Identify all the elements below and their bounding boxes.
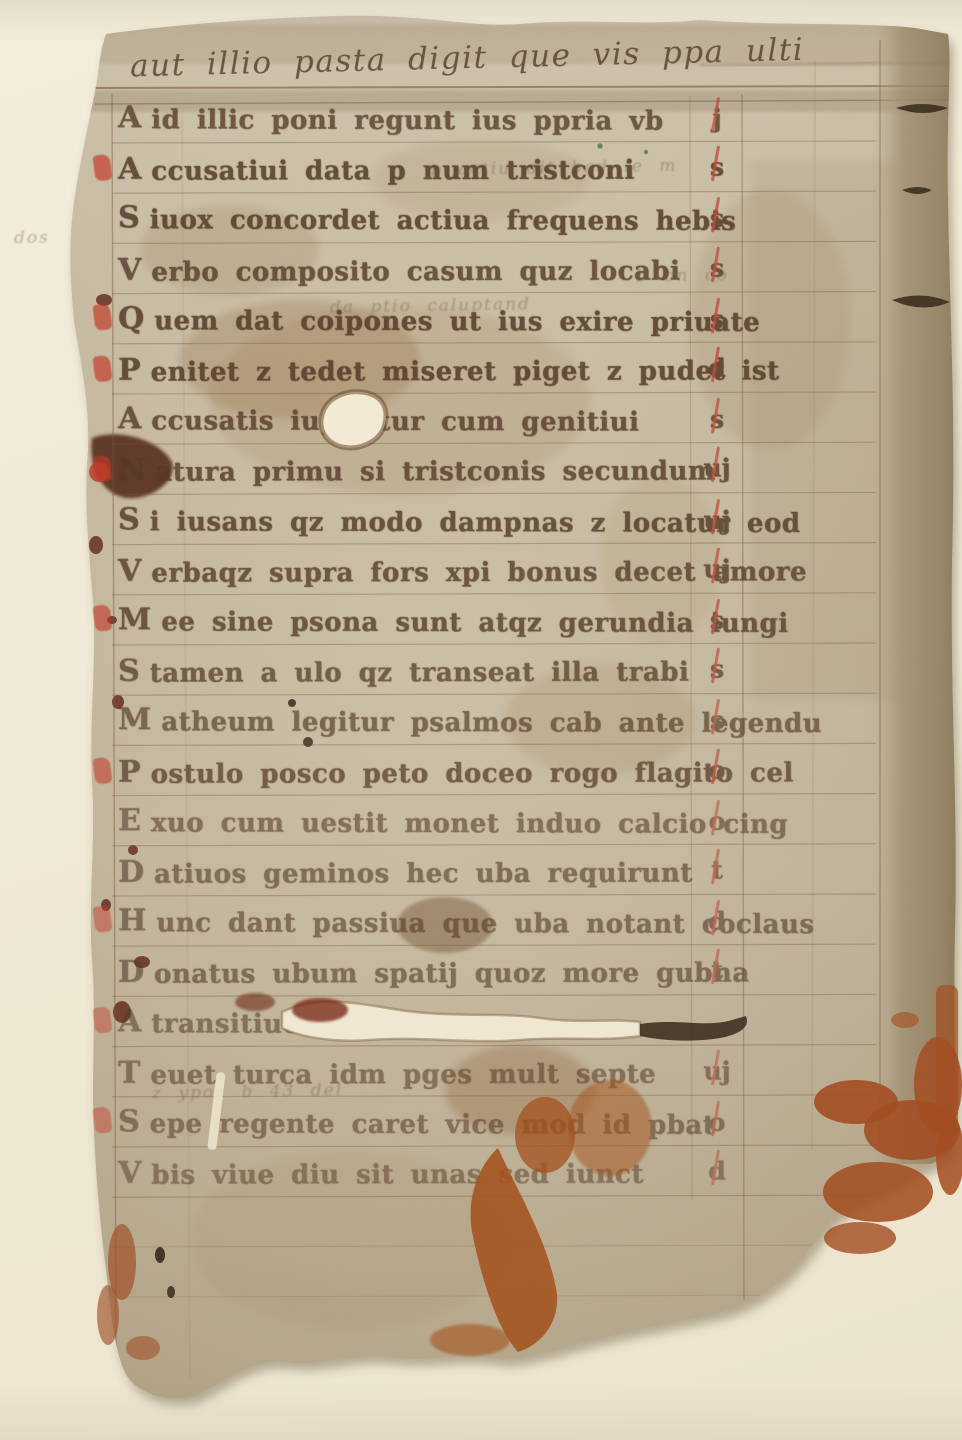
margin-letter: s [700,655,734,684]
margin-letter: uj [700,1056,734,1085]
margin-letter: s [700,405,734,434]
margin-letter: s [700,606,734,635]
verse-text: tamen a ulo qz transeat illa trabi [150,658,690,689]
margin-letter: t [700,956,734,985]
verse-initial: Q [118,301,144,336]
verse-line: Sepe regente caret vice mod id pbat o [118,1105,782,1149]
verse-line: Penitet z tedet miseret piget z pudet is… [118,352,782,395]
margin-letter: o [700,1108,734,1137]
verse-initial: T [118,1055,140,1090]
verse-initial: P [118,754,141,789]
verse-initial: A [118,100,141,135]
verse-text: enitet z tedet miseret piget z pudet ist [151,356,780,387]
verse-initial: D [118,955,144,990]
margin-letter: d [700,1157,734,1186]
margin-letter: s [700,153,734,182]
verse-line: Stamen a ulo qz transeat illa trabi s [118,653,782,696]
verse-line: Vbis viue diu sit unas sed iunct d [118,1155,782,1198]
verse-text: onatus ubum spatij quoz more gubna [154,959,750,990]
verse-initial: E [118,803,141,838]
margin-letter: s [700,304,734,333]
verse-initial: P [118,353,141,388]
verse-line: Hunc dant passiua que uba notant coclaus… [118,904,782,948]
verse-line: Natura primu si tristconis secundum uj [118,453,782,496]
verse-initial: M [118,703,151,738]
verse-line: Verbaqz supra fors xpi bonus decet amore… [118,553,782,596]
faint-gloss: b on co [636,265,729,287]
verse-initial: V [118,252,141,287]
verse-line: Siuox concordet actiua frequens hebis s [118,202,782,246]
margin-letter: d [700,907,734,936]
verse-text: atura primu si tristconis secundum [155,457,715,488]
verse-text: iuox concordet actiua frequens hebis [150,206,737,238]
verse-initial: S [118,502,140,537]
verse-initial: A [118,1004,141,1039]
faint-gloss: z ypoz b 43 del [152,1080,343,1103]
verse-initial: H [118,903,146,938]
margin-letter: s [700,204,734,233]
faint-gloss: dos [14,228,50,249]
verse-initial: D [118,855,144,890]
text-block: aut illio pasta digit que vis ppa ulti A… [0,0,962,1440]
verse-initial: M [118,602,151,637]
verse-text: atiuos geminos hec uba requirunt [154,858,693,889]
verse-line: Si iusans qz modo dampnas z locatur eod … [118,503,782,547]
verse-line: Atransitiuos vo [118,1005,782,1049]
verse-text: erbo composito casum quz locabi [151,256,680,287]
verse-initial: S [118,1104,140,1139]
margin-letter: o [700,806,734,835]
manuscript-photo: aut illio pasta digit que vis ppa ulti A… [0,0,962,1440]
verse-text: ccusatis iugit tur cum genitiui [151,406,639,437]
margin-letter: uj [700,505,734,534]
margin-letter: s [700,706,734,735]
verse-initial: N [118,453,145,488]
header-inscription: aut illio pasta digit que vis ppa ulti [130,32,811,85]
verse-line: Postulo posco peto doceo rogo flagito ce… [118,754,782,797]
verse-text: transitiuos vo [151,1009,365,1040]
verse-initial: V [118,553,141,588]
margin-letter: uj [700,554,734,583]
verse-initial: A [118,152,141,187]
verse-line: Mee sine psona sunt atqz gerundia iungi … [118,603,782,647]
verse-line: Donatus ubum spatij quoz more gubna t [118,955,782,998]
verse-text: ee sine psona sunt atqz gerundia iungi [161,607,788,639]
faint-gloss: da ptio caluptand [330,294,531,318]
margin-letter: j [700,104,734,133]
verse-text: id illic poni regunt ius ppria vb [151,105,663,136]
verse-line: Datiuos geminos hec uba requirunt t [118,854,782,897]
verse-initial: S [118,654,140,689]
verse-line: Accusatis iugit tur cum genitiui s [118,402,782,446]
verse-initial: S [118,201,140,236]
margin-letter: t [700,855,734,884]
verse-line: Aid illic poni regunt ius ppria vb j [118,101,782,145]
verse-text: epe regente caret vice mod id pbat [150,1109,716,1140]
verse-line: Matheum legitur psalmos cab ante legendu… [118,704,782,748]
verse-text: xuo cum uestit monet induo calcio cing [151,808,788,840]
verse-initial: V [118,1156,141,1191]
verse-text: ostulo posco peto doceo rogo flagito cel [151,758,794,789]
margin-letter: o [700,755,734,784]
verse-initial: A [118,401,141,436]
verse-line: Exuo cum uestit monet induo calcio cing … [118,804,782,848]
verse-text: bis viue diu sit unas sed iunct [151,1160,644,1191]
margin-letter: d [700,353,734,382]
margin-letter: uj [700,454,734,483]
